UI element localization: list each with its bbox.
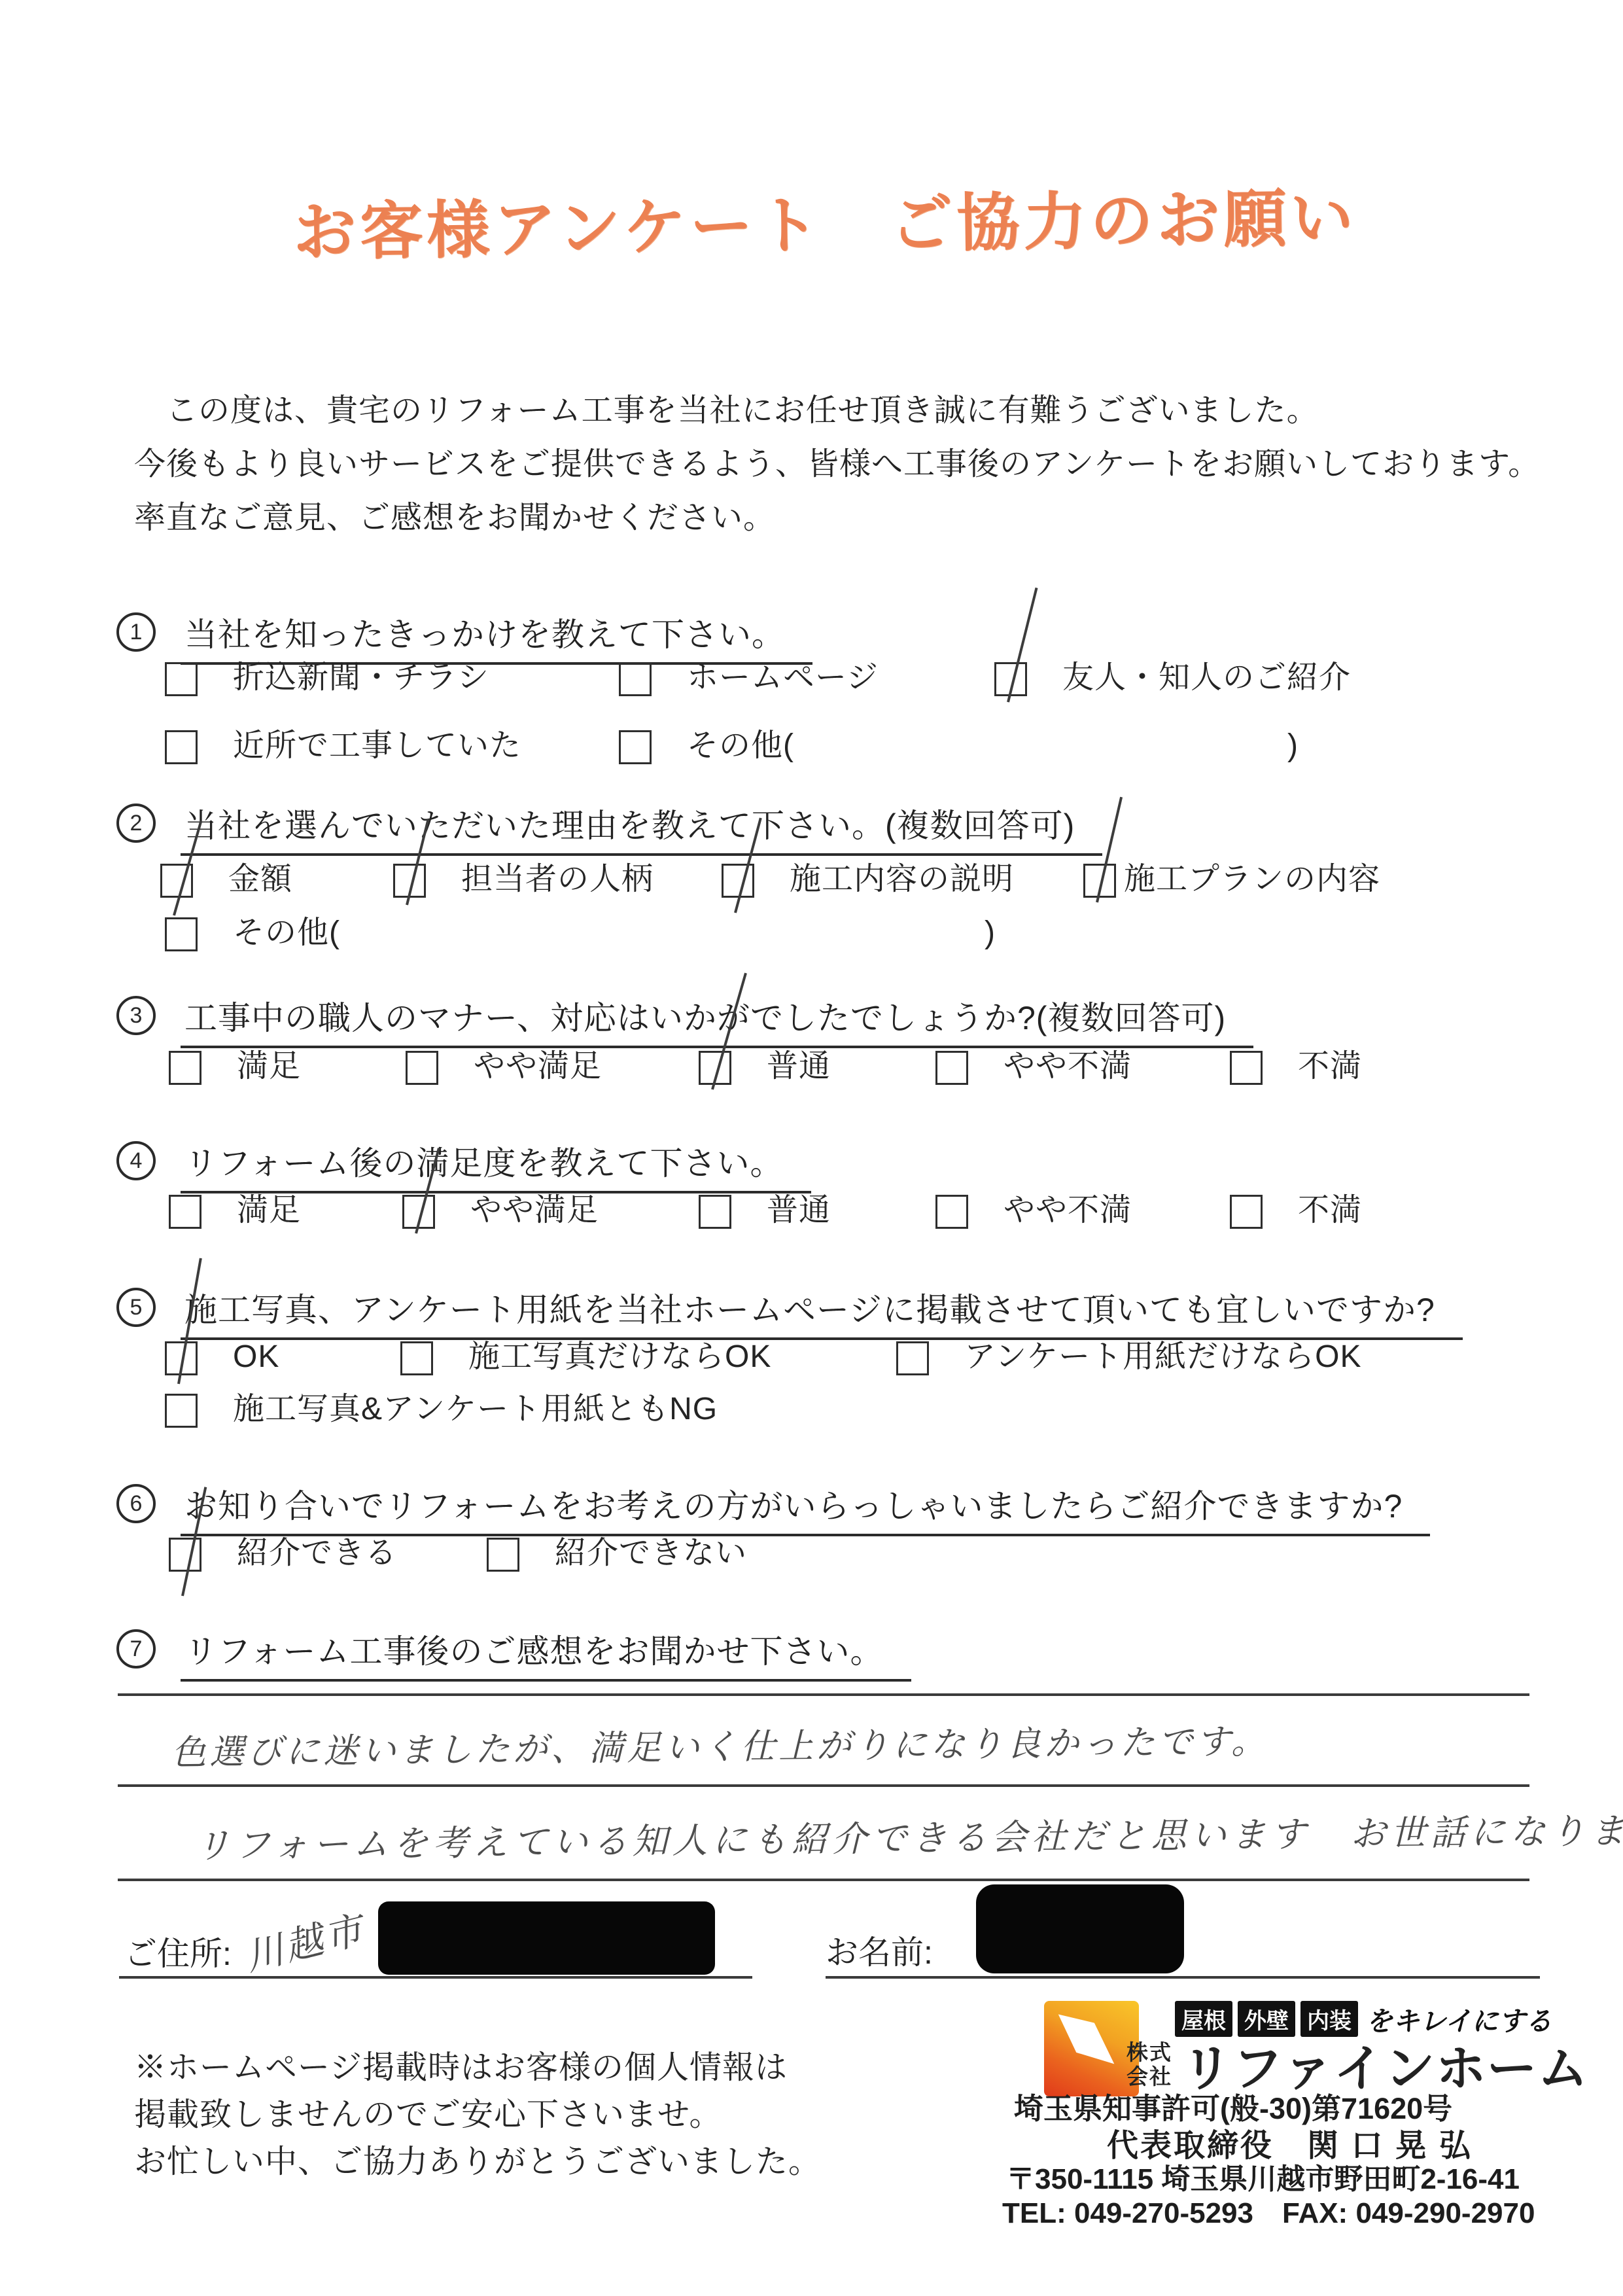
address-underline [119,1976,752,1979]
option-q1-newspaper-flyer: 折込新聞・チラシ [165,660,489,696]
question-5-heading: 5 施工写真、アンケート用紙を当社ホームページに掲載させて頂いても宜しいですか? [116,1284,1463,1340]
intro-line-1: この度は、貴宅のリフォーム工事を当社にお任せ頂き誠に有難うございました。 [134,385,1319,430]
checkbox-q3-somewhat-satisfied[interactable] [406,1051,438,1085]
option-label: アンケート用紙だけならOK [964,1339,1361,1375]
question-4-heading: 4 リフォーム後の満足度を教えて下さい。 [116,1137,811,1193]
question-7-heading: 7 リフォーム工事後のご感想をお聞かせ下さい。 [116,1625,911,1682]
redacted-address-box [378,1901,715,1975]
checkbox-q3-normal[interactable] [699,1051,731,1085]
company-logo [1044,2001,1139,2096]
option-q3-somewhat-satisfied: やや満足 [406,1048,602,1085]
checkbox-q4-normal[interactable] [699,1195,731,1229]
checkbox-q4-dissatisfied[interactable] [1230,1195,1263,1229]
option-label: 満足 [237,1192,301,1228]
option-q4-dissatisfied: 不満 [1230,1192,1362,1229]
company-tel-fax: TEL: 049-270-5293 FAX: 049-290-2970 [1002,2189,1535,2231]
option-label: 普通 [767,1192,831,1228]
question-2-options-row-2: その他( ) [0,915,1623,961]
option-label: 施工写真だけならOK [468,1339,771,1375]
option-label: 不満 [1298,1048,1362,1084]
q1-other-close-paren: ) [1287,728,1298,764]
question-5-options-row-2: 施工写真&アンケート用紙ともNG [0,1391,1623,1437]
corporate-prefix: 株式 会社 [1126,2041,1172,2089]
option-label: 紹介できる [237,1535,397,1571]
question-1-options-row-1: 折込新聞・チラシ ホームページ 友人・知人のご紹介 [0,660,1623,705]
option-label: その他( [687,728,794,764]
answer-ruled-line-3 [118,1879,1529,1881]
checkbox-q5-ok[interactable] [165,1341,198,1375]
checkbox-q1-nearby-construction[interactable] [165,730,198,764]
option-label: 満足 [237,1048,301,1084]
checkbox-q2-price[interactable] [160,864,193,898]
option-label: その他( [233,915,340,951]
question-7-text: リフォーム工事後のご感想をお聞かせ下さい。 [181,1625,911,1682]
question-4-options-row: 満足 やや満足 普通 やや不満 不満 [0,1192,1623,1238]
option-label: 金額 [228,861,292,897]
option-q1-nearby-construction: 近所で工事していた [165,728,521,764]
option-q2-work-explanation: 施工内容の説明 [722,861,1014,898]
checkbox-q5-photos-only-ok[interactable] [400,1341,433,1375]
option-q2-other: その他( [165,915,340,951]
question-3-text: 工事中の職人のマナー、対応はいかがでしたでしょうか?(複数回答可) [181,992,1253,1048]
checkbox-q1-homepage[interactable] [619,662,652,696]
question-3-number: 3 [116,996,156,1035]
checkbox-q6-cannot-refer[interactable] [487,1538,519,1572]
option-q2-price: 金額 [160,861,292,898]
answer-ruled-line-1 [118,1693,1529,1696]
footer-note-line-3: お忙しい中、ご協力ありがとうございました。 [134,2136,821,2182]
name-underline [826,1976,1540,1979]
option-q5-ok: OK [165,1339,279,1375]
name-label: お名前: [826,1926,933,1973]
option-q1-referral: 友人・知人のご紹介 [994,660,1351,696]
option-label: 施工写真&アンケート用紙ともNG [233,1391,718,1427]
question-1-heading: 1 当社を知ったきっかけを教えて下さい。 [116,609,812,665]
option-label: 近所で工事していた [233,728,521,764]
footer-note-line-2: 掲載致しませんのでご安心下さいませ。 [134,2089,722,2135]
intro-line-2: 今後もより良いサービスをご提供できるよう、皆様へ工事後のアンケートをお願いしてお… [134,438,1540,484]
checkbox-q6-can-refer[interactable] [169,1538,201,1572]
handwritten-address-city: 川越市 [239,1898,370,1981]
option-label: OK [233,1339,279,1375]
question-5-number: 5 [116,1288,156,1327]
option-label: 担当者の人柄 [461,861,654,897]
question-5-options-row-1: OK 施工写真だけならOK アンケート用紙だけならOK [0,1339,1623,1385]
option-label: 友人・知人のご紹介 [1062,660,1351,696]
checkbox-q4-satisfied[interactable] [169,1195,201,1229]
option-q3-normal: 普通 [699,1048,831,1085]
checkbox-q1-newspaper-flyer[interactable] [165,662,198,696]
checkbox-q5-survey-only-ok[interactable] [896,1341,929,1375]
option-q3-satisfied: 満足 [169,1048,301,1085]
question-2-heading: 2 当社を選んでいただいた理由を教えて下さい。(複数回答可) [116,800,1102,856]
handwritten-comment-line-2: リフォームを考えている知人にも紹介できる会社だと思います お世話になりました。 [195,1802,1623,1869]
checkbox-q2-other[interactable] [165,917,198,951]
question-1-options-row-2: 近所で工事していた その他( ) [0,728,1623,773]
question-4-text: リフォーム後の満足度を教えて下さい。 [181,1137,811,1193]
checkbox-q3-satisfied[interactable] [169,1051,201,1085]
option-q6-can-refer: 紹介できる [169,1535,397,1572]
checkbox-q2-work-explanation[interactable] [722,864,754,898]
question-6-options-row: 紹介できる 紹介できない [0,1535,1623,1581]
option-q3-somewhat-dissatisfied: やや不満 [935,1048,1132,1085]
redacted-name-box [976,1884,1184,1973]
option-q5-both-ng: 施工写真&アンケート用紙ともNG [165,1391,718,1428]
question-7-number: 7 [116,1629,156,1669]
question-6-heading: 6 お知り合いでリフォームをお考えの方がいらっしゃいましたらご紹介できますか? [116,1480,1430,1536]
question-5-text: 施工写真、アンケート用紙を当社ホームページに掲載させて頂いても宜しいですか? [181,1284,1463,1340]
option-label: やや満足 [470,1192,599,1228]
option-q2-plan-content: 施工プランの内容 [1083,861,1380,898]
intro-line-3: 率直なご意見、ご感想をお聞かせください。 [134,492,775,537]
option-label: 紹介できない [555,1535,747,1571]
checkbox-q1-referral[interactable] [994,662,1027,696]
option-q3-dissatisfied: 不満 [1230,1048,1362,1085]
question-1-text: 当社を知ったきっかけを教えて下さい。 [181,609,812,665]
option-q4-satisfied: 満足 [169,1192,301,1229]
checkbox-q2-staff-character[interactable] [393,864,426,898]
option-label: 施工プランの内容 [1124,861,1380,897]
question-2-number: 2 [116,804,156,843]
option-label: 不満 [1298,1192,1362,1228]
question-2-options-row-1: 金額 担当者の人柄 施工内容の説明 施工プランの内容 [0,861,1623,907]
option-q2-staff-character: 担当者の人柄 [393,861,654,898]
option-q4-somewhat-dissatisfied: やや不満 [935,1192,1132,1229]
option-q5-photos-only-ok: 施工写真だけならOK [400,1339,771,1375]
question-3-options-row: 満足 やや満足 普通 やや不満 不満 [0,1048,1623,1094]
footer-note-line-1: ※ホームページ掲載時はお客様の個人情報は [134,2042,788,2088]
option-q5-survey-only-ok: アンケート用紙だけならOK [896,1339,1361,1375]
checkbox-q1-other[interactable] [619,730,652,764]
question-1-number: 1 [116,612,156,652]
checkbox-q5-both-ng[interactable] [165,1394,198,1428]
question-3-heading: 3 工事中の職人のマナー、対応はいかがでしたでしょうか?(複数回答可) [116,992,1253,1048]
address-label: ご住所: [124,1928,232,1975]
option-label: やや不満 [1003,1048,1132,1084]
option-q4-somewhat-satisfied: やや満足 [402,1192,599,1229]
question-2-text: 当社を選んでいただいた理由を教えて下さい。(複数回答可) [181,800,1102,856]
option-q1-homepage: ホームページ [619,660,879,696]
option-label: ホームページ [687,660,879,696]
checkbox-q4-somewhat-dissatisfied[interactable] [935,1195,968,1229]
corporate-prefix-top: 株式 [1126,2041,1172,2064]
scanned-survey-page: お客様アンケート ご協力のお願い この度は、貴宅のリフォーム工事を当社にお任せ頂… [0,0,1623,2296]
checkbox-q4-somewhat-satisfied[interactable] [402,1195,435,1229]
option-label: 普通 [767,1048,831,1084]
option-q1-other: その他( [619,728,794,764]
page-title: お客様アンケート ご協力のお願い [292,168,1357,273]
option-q6-cannot-refer: 紹介できない [487,1535,747,1572]
option-label: 施工内容の説明 [790,861,1014,897]
option-label: 折込新聞・チラシ [233,660,489,696]
option-q4-normal: 普通 [699,1192,831,1229]
question-4-number: 4 [116,1141,156,1180]
option-label: やや不満 [1003,1192,1132,1228]
question-6-text: お知り合いでリフォームをお考えの方がいらっしゃいましたらご紹介できますか? [181,1480,1430,1536]
option-label: やや満足 [474,1048,602,1084]
question-6-number: 6 [116,1484,156,1523]
checkbox-q2-plan-content[interactable] [1083,864,1116,898]
checkbox-q3-somewhat-dissatisfied[interactable] [935,1051,968,1085]
q2-other-close-paren: ) [985,915,995,951]
checkbox-q3-dissatisfied[interactable] [1230,1051,1263,1085]
handwritten-comment-line-1: 色選びに迷いましたが、満足いく仕上がりになり良かったです。 [171,1714,1269,1775]
answer-ruled-line-2 [118,1784,1529,1787]
